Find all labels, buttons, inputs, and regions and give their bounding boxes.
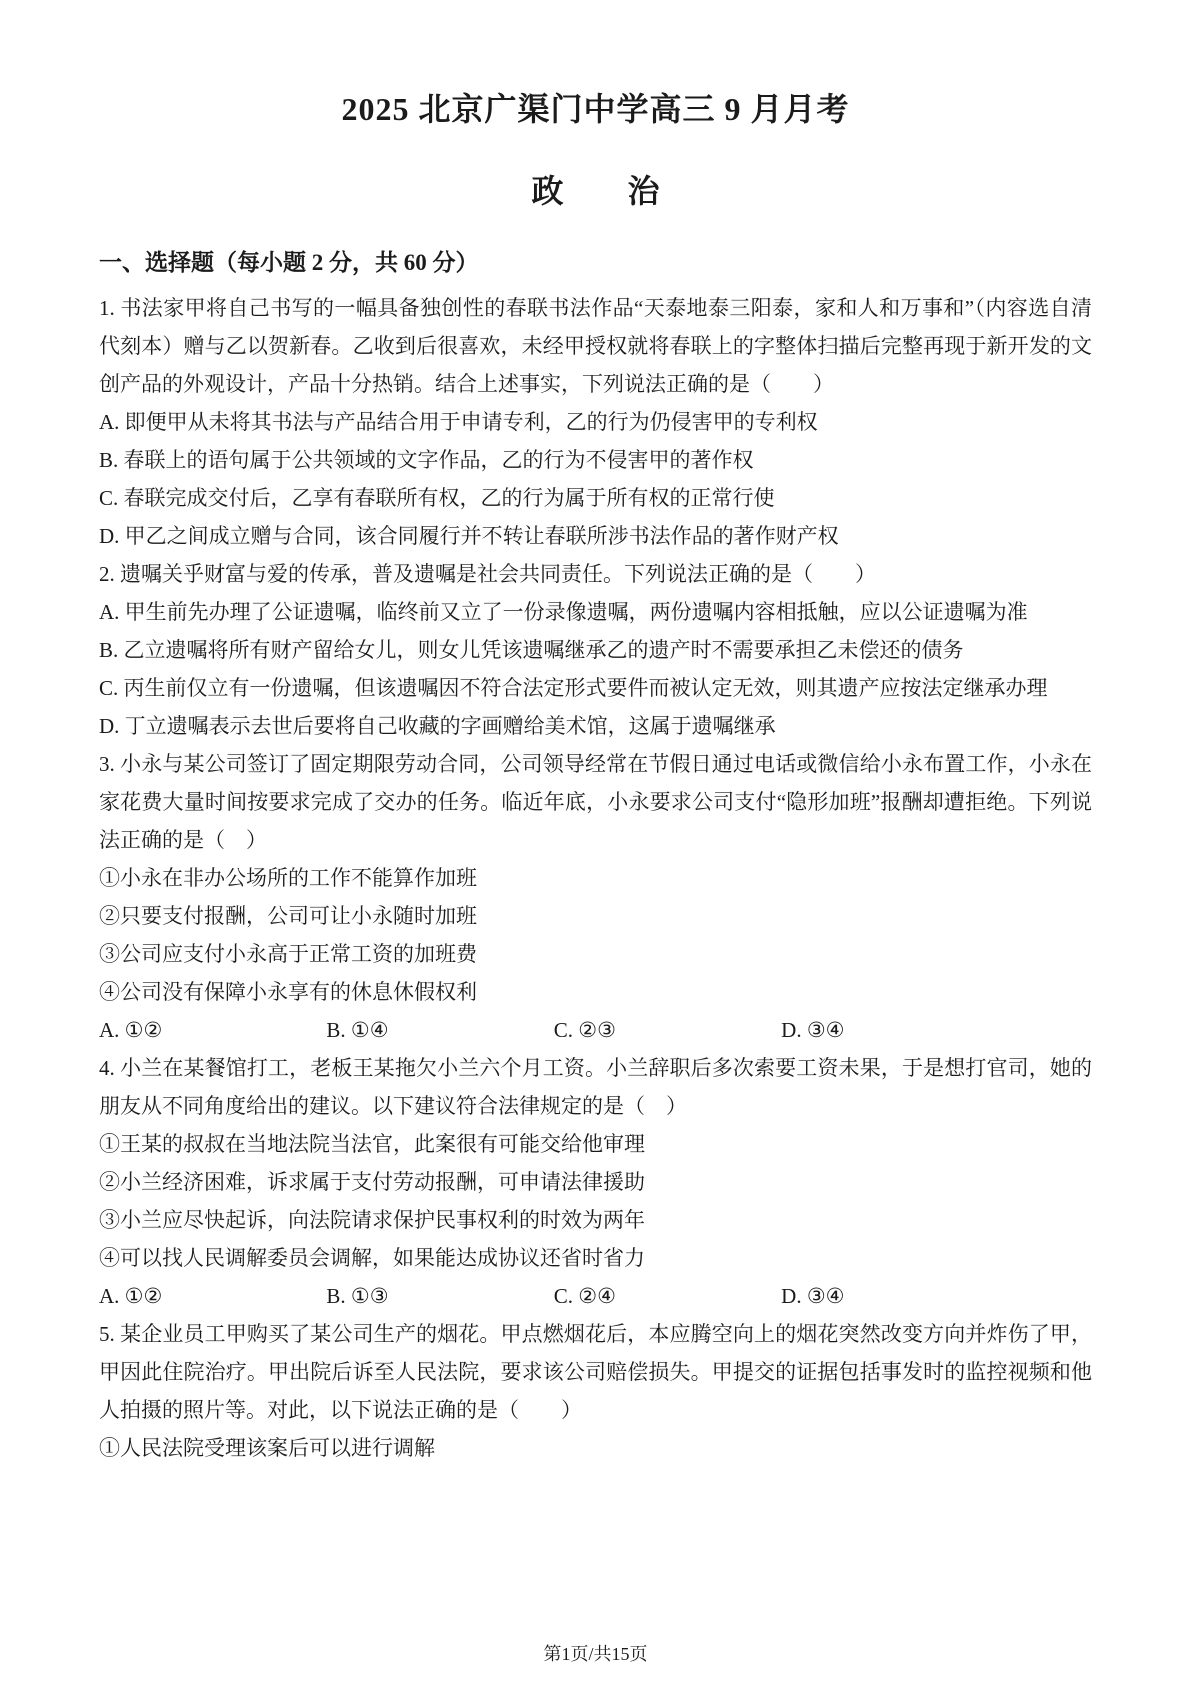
page-number: 第1页/共15页 [0,1640,1191,1666]
section-heading: 一、选择题（每小题 2 分，共 60 分） [99,244,1092,277]
choice-option: C. ②④ [554,1277,781,1315]
option-line: ①人民法院受理该案后可以进行调解 [99,1429,1092,1467]
choice-option: A. ①② [99,1277,326,1315]
choice-option: B. ①④ [326,1011,553,1049]
choice-option: D. ③④ [781,1277,1092,1315]
option-line: C. 丙生前仅立有一份遗嘱，但该遗嘱因不符合法定形式要件而被认定无效，则其遗产应… [99,669,1092,707]
question-stem: 1. 书法家甲将自己书写的一幅具备独创性的春联书法作品“天泰地泰三阳泰，家和人和… [99,289,1092,403]
option-line: D. 甲乙之间成立赠与合同，该合同履行并不转让春联所涉书法作品的著作财产权 [99,517,1092,555]
choice-option: A. ①② [99,1011,326,1049]
option-line: D. 丁立遗嘱表示去世后要将自己收藏的字画赠给美术馆，这属于遗嘱继承 [99,707,1092,745]
question-stem: 4. 小兰在某餐馆打工，老板王某拖欠小兰六个月工资。小兰辞职后多次索要工资未果，… [99,1049,1092,1125]
choice-option: B. ①③ [326,1277,553,1315]
choice-option: D. ③④ [781,1011,1092,1049]
option-line: ③公司应支付小永高于正常工资的加班费 [99,935,1092,973]
page-content: 2025 北京广渠门中学高三 9 月月考 政 治 一、选择题（每小题 2 分，共… [0,84,1191,1467]
option-line: A. 甲生前先办理了公证遗嘱，临终前又立了一份录像遗嘱，两份遗嘱内容相抵触，应以… [99,593,1092,631]
choice-row: A. ①②B. ①④C. ②③D. ③④ [99,1011,1092,1049]
option-line: ②小兰经济困难，诉求属于支付劳动报酬，可申请法律援助 [99,1163,1092,1201]
choice-option: C. ②③ [554,1011,781,1049]
option-line: ①小永在非办公场所的工作不能算作加班 [99,859,1092,897]
question-stem: 2. 遗嘱关乎财富与爱的传承，普及遗嘱是社会共同责任。下列说法正确的是（ ） [99,555,1092,593]
option-line: B. 乙立遗嘱将所有财产留给女儿，则女儿凭该遗嘱继承乙的遗产时不需要承担乙未偿还… [99,631,1092,669]
option-line: A. 即便甲从未将其书法与产品结合用于申请专利，乙的行为仍侵害甲的专利权 [99,403,1092,441]
subject-title: 政 治 [99,166,1092,212]
exam-paper-page: 2025 北京广渠门中学高三 9 月月考 政 治 一、选择题（每小题 2 分，共… [0,0,1191,1684]
option-line: ③小兰应尽快起诉，向法院请求保护民事权利的时效为两年 [99,1201,1092,1239]
option-line: ①王某的叔叔在当地法院当法官，此案很有可能交给他审理 [99,1125,1092,1163]
question-stem: 5. 某企业员工甲购买了某公司生产的烟花。甲点燃烟花后，本应腾空向上的烟花突然改… [99,1315,1092,1429]
question-stem: 3. 小永与某公司签订了固定期限劳动合同，公司领导经常在节假日通过电话或微信给小… [99,745,1092,859]
option-line: C. 春联完成交付后，乙享有春联所有权，乙的行为属于所有权的正常行使 [99,479,1092,517]
question-list: 1. 书法家甲将自己书写的一幅具备独创性的春联书法作品“天泰地泰三阳泰，家和人和… [99,289,1092,1467]
option-line: ④可以找人民调解委员会调解，如果能达成协议还省时省力 [99,1239,1092,1277]
option-line: ④公司没有保障小永享有的休息休假权利 [99,973,1092,1011]
option-line: B. 春联上的语句属于公共领域的文字作品，乙的行为不侵害甲的著作权 [99,441,1092,479]
option-line: ②只要支付报酬，公司可让小永随时加班 [99,897,1092,935]
page-title: 2025 北京广渠门中学高三 9 月月考 [99,84,1092,130]
choice-row: A. ①②B. ①③C. ②④D. ③④ [99,1277,1092,1315]
